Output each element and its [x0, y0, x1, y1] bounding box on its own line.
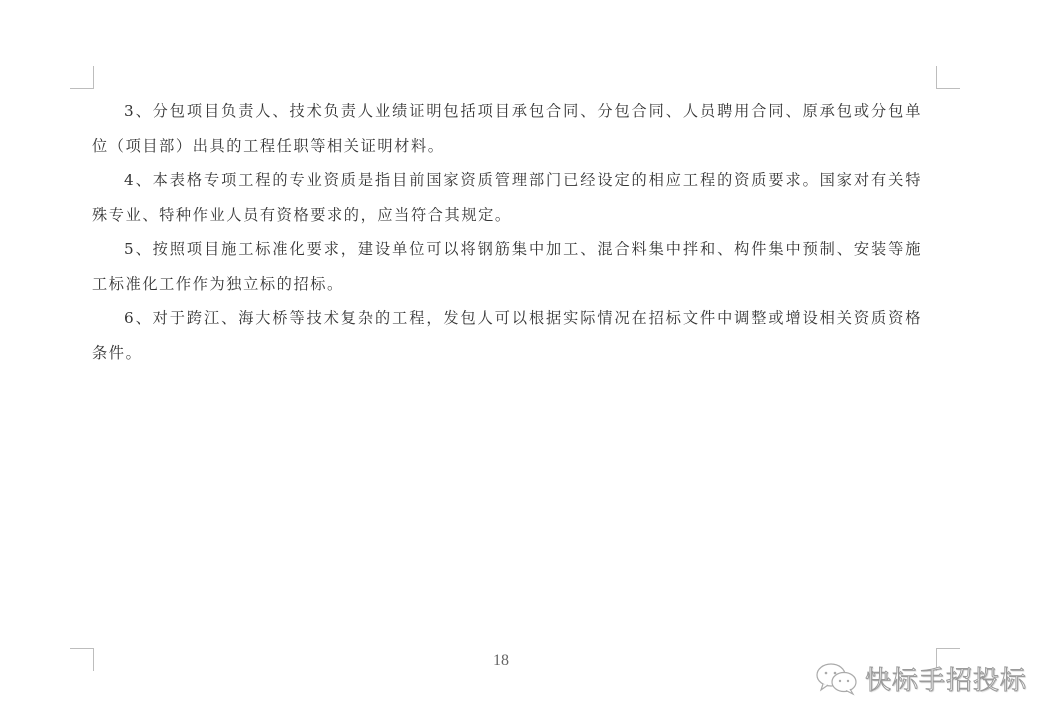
page-number: 18 — [493, 652, 509, 670]
paragraph-3: 3、分包项目负责人、技术负责人业绩证明包括项目承包合同、分包合同、人员聘用合同、… — [92, 94, 922, 163]
wechat-icon — [815, 662, 859, 696]
paragraph-4: 4、本表格专项工程的专业资质是指目前国家资质管理部门已经设定的相应工程的资质要求… — [92, 163, 922, 232]
page-corner-mark-top-left — [70, 66, 94, 89]
paragraph-6: 6、对于跨江、海大桥等技术复杂的工程，发包人可以根据实际情况在招标文件中调整或增… — [92, 301, 922, 370]
paragraph-5: 5、按照项目施工标准化要求，建设单位可以将钢筋集中加工、混合料集中拌和、构件集中… — [92, 232, 922, 301]
watermark-label: 快标手招投标 — [865, 660, 1027, 697]
page-corner-mark-top-right — [936, 66, 960, 89]
page-corner-mark-bottom-left — [70, 648, 94, 671]
watermark: 快标手招投标 — [815, 660, 1027, 697]
document-body: 3、分包项目负责人、技术负责人业绩证明包括项目承包合同、分包合同、人员聘用合同、… — [92, 94, 922, 370]
